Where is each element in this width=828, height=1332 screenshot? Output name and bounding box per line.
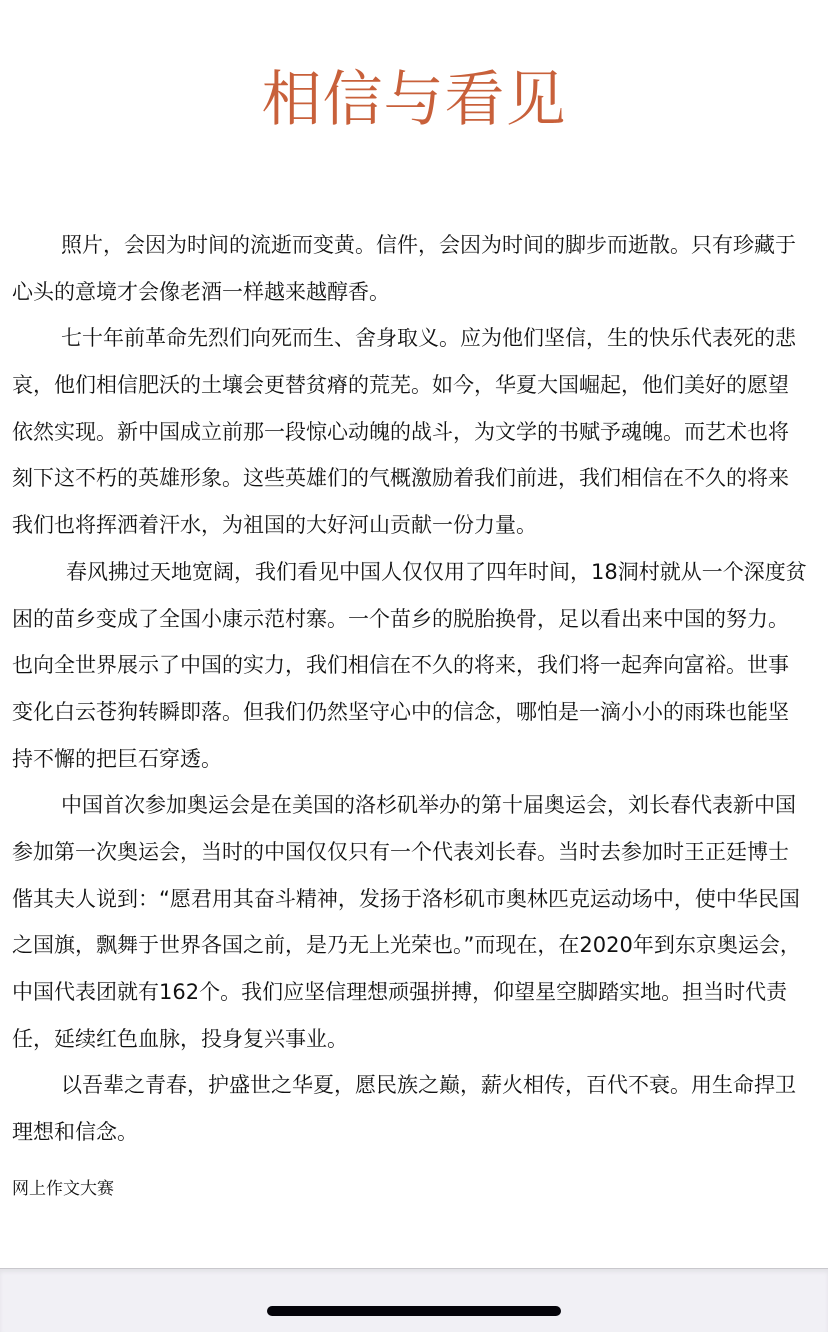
paragraph-3-line-2: 困的苗乡变成了全国小康示范村寨。一个苗乡的脱胎换骨，足以看出来中国的努力。: [12, 596, 828, 643]
document-title: 相信与看见: [0, 62, 828, 138]
home-indicator-bar[interactable]: [267, 1306, 561, 1316]
home-indicator-area: [0, 1268, 828, 1331]
paragraph-3-line-1: 春风拂过天地宽阔，我们看见中国人仅仅用了四年时间，18洞村就从一个深度贫: [12, 549, 828, 596]
document-body: 照片，会因为时间的流逝而变黄。信件，会因为时间的脚步而逝散。只有珍藏于 心头的意…: [12, 222, 828, 1156]
paragraph-1-line-2: 心头的意境才会像老酒一样越来越醇香。: [12, 269, 828, 316]
paragraph-5-line-2: 理想和信念。: [12, 1109, 828, 1156]
paragraph-5-line-1: 以吾辈之青春，护盛世之华夏，愿民族之巅，薪火相传，百代不衰。用生命捍卫: [12, 1062, 828, 1109]
paragraph-3-line-5: 持不懈的把巨石穿透。: [12, 736, 828, 783]
paragraph-4-line-2: 参加第一次奥运会，当时的中国仅仅只有一个代表刘长春。当时去参加时王正廷博士: [12, 829, 828, 876]
source-label: 网上作文大赛: [12, 1177, 114, 1201]
paragraph-2-line-5: 我们也将挥洒着汗水，为祖国的大好河山贡献一份力量。: [12, 502, 828, 549]
document-page: 相信与看见 照片，会因为时间的流逝而变黄。信件，会因为时间的脚步而逝散。只有珍藏…: [0, 0, 828, 1268]
paragraph-3-line-3: 也向全世界展示了中国的实力，我们相信在不久的将来，我们将一起奔向富裕。世事: [12, 642, 828, 689]
paragraph-2-line-4: 刻下这不朽的英雄形象。这些英雄们的气概激励着我们前进，我们相信在不久的将来: [12, 455, 828, 502]
paragraph-4-line-4: 之国旗，飘舞于世界各国之前，是乃无上光荣也。”而现在，在2020年到东京奥运会，: [12, 922, 828, 969]
paragraph-4-line-3: 偕其夫人说到：“愿君用其奋斗精神，发扬于洛杉矶市奥林匹克运动场中，使中华民国: [12, 876, 828, 923]
paragraph-2-line-2: 哀，他们相信肥沃的土壤会更替贫瘠的荒芜。如今，华夏大国崛起，他们美好的愿望: [12, 362, 828, 409]
paragraph-3-line-4: 变化白云苍狗转瞬即落。但我们仍然坚守心中的信念，哪怕是一滴小小的雨珠也能坚: [12, 689, 828, 736]
paragraph-1-line-1: 照片，会因为时间的流逝而变黄。信件，会因为时间的脚步而逝散。只有珍藏于: [12, 222, 828, 269]
paragraph-2-line-1: 七十年前革命先烈们向死而生、舍身取义。应为他们坚信，生的快乐代表死的悲: [12, 315, 828, 362]
paragraph-2-line-3: 依然实现。新中国成立前那一段惊心动魄的战斗，为文学的书赋予魂魄。而艺术也将: [12, 409, 828, 456]
paragraph-4-line-1: 中国首次参加奥运会是在美国的洛杉矶举办的第十届奥运会，刘长春代表新中国: [12, 782, 828, 829]
paragraph-4-line-5: 中国代表团就有162个。我们应坚信理想顽强拼搏，仰望星空脚踏实地。担当时代责: [12, 969, 828, 1016]
paragraph-4-line-6: 任，延续红色血脉，投身复兴事业。: [12, 1016, 828, 1063]
